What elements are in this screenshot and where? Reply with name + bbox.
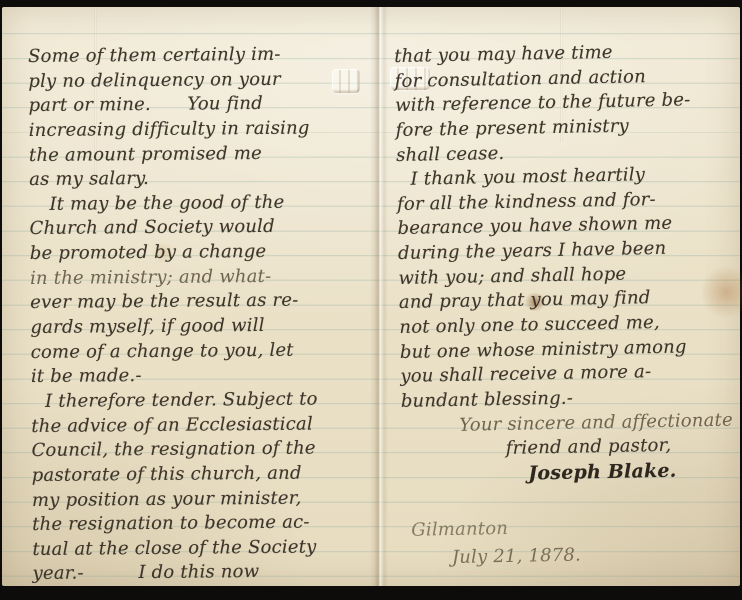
left-page: Some of them certainly im- ply no delinq… <box>28 42 379 587</box>
handwritten-line: gards myself, if good will <box>30 313 376 341</box>
handwritten-line: my position as your minister, <box>32 485 378 513</box>
date-line: July 21, 1878. <box>452 544 582 571</box>
handwritten-line: the resignation to become ac- <box>32 510 378 538</box>
handwritten-line: it be made.- <box>31 362 377 390</box>
handwritten-line: ever may be the result as re- <box>30 288 376 316</box>
handwritten-line: Church and Society would <box>30 214 376 242</box>
handwritten-line: the amount promised me <box>29 141 375 169</box>
handwritten-line: in the ministry; and what- <box>30 264 376 292</box>
handwritten-line: Some of them certainly im- <box>28 42 374 70</box>
handwritten-line: come of a change to you, let <box>31 338 377 366</box>
letter-paper: Some of them certainly im- ply no delinq… <box>2 7 740 586</box>
handwritten-line: the advice of an Ecclesiastical <box>31 412 377 440</box>
handwritten-line: be promoted by a change <box>30 239 376 267</box>
right-page: that you may have time for consultation … <box>394 38 742 488</box>
handwritten-line: year.- I do this now <box>33 559 379 587</box>
handwritten-line: I therefore tender. Subject to <box>31 387 377 415</box>
handwritten-line: increasing difficulty in raising <box>29 116 375 144</box>
handwritten-line: It may be the good of the <box>29 190 375 218</box>
handwritten-line: part or mine. You find <box>28 91 374 119</box>
handwritten-line: tual at the close of the Society <box>32 535 378 563</box>
handwritten-line: as my salary. <box>29 165 375 193</box>
handwritten-line: Council, the resignation of the <box>31 436 377 464</box>
handwritten-line: ply no delinquency on your <box>28 67 374 95</box>
place-line: Gilmanton <box>411 517 508 543</box>
handwritten-line: pastorate of this church, and <box>32 461 378 489</box>
